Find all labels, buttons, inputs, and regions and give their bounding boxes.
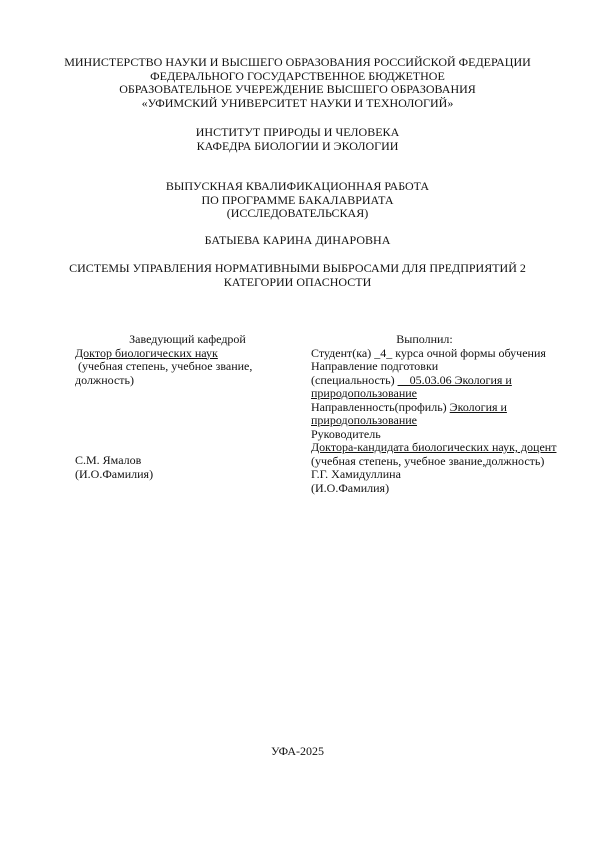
direction-line: (специальность) __05.03.06 Экология и [311,374,591,388]
direction-value-cont: природопользование [311,387,591,401]
student-course: Студент(ка) _4_ курса очной формы обучен… [311,347,591,361]
institute-header: ИНСТИТУТ ПРИРОДЫ И ЧЕЛОВЕКА КАФЕДРА БИОЛ… [0,126,595,153]
head-of-department-heading: Заведующий кафедрой [75,333,300,347]
supervisor-degree-hint: (учебная степень, учебное звание,должнос… [311,455,591,469]
thesis-type-line: ПО ПРОГРАММЕ БАКАЛАВРИАТА [0,194,595,208]
city-year: УФА-2025 [0,745,595,759]
thesis-type: ВЫПУСКНАЯ КВАЛИФИКАЦИОННАЯ РАБОТА ПО ПРО… [0,180,595,221]
student-name: БАТЫЕВА КАРИНА ДИНАРОВНА [0,234,595,248]
ministry-line: ФЕДЕРАЛЬНОГО ГОСУДАРСТВЕННОЕ БЮДЖЕТНОЕ [0,70,595,84]
direction-value: __05.03.06 Экология и [398,373,512,387]
thesis-title-line: СИСТЕМЫ УПРАВЛЕНИЯ НОРМАТИВНЫМИ ВЫБРОСАМ… [0,262,595,276]
head-degree-hint: (учебная степень, учебное звание, [75,360,300,374]
profile-value: Экология и [450,400,507,414]
thesis-type-line: (ИССЛЕДОВАТЕЛЬСКАЯ) [0,207,595,221]
direction-label: Направление подготовки [311,360,591,374]
supervisor-label: Руководитель [311,428,591,442]
profile-label: Направленность(профиль) [311,400,450,414]
profile-value-cont: природопользование [311,414,591,428]
head-degree-hint: должность) [75,374,300,388]
student-block: Выполнил: Студент(ка) _4_ курса очной фо… [311,333,591,495]
head-of-department-block: Заведующий кафедрой Доктор биологических… [75,333,300,481]
performed-by-heading: Выполнил: [311,333,538,347]
head-name-hint: (И.О.Фамилия) [75,468,300,482]
supervisor-name-hint: (И.О.Фамилия) [311,482,591,496]
title-page: МИНИСТЕРСТВО НАУКИ И ВЫСШЕГО ОБРАЗОВАНИЯ… [0,0,595,841]
head-name: С.М. Ямалов [75,454,300,468]
spacer [75,387,300,454]
department-name: КАФЕДРА БИОЛОГИИ И ЭКОЛОГИИ [0,140,595,154]
institute-name: ИНСТИТУТ ПРИРОДЫ И ЧЕЛОВЕКА [0,126,595,140]
student-name-text: БАТЫЕВА КАРИНА ДИНАРОВНА [0,234,595,248]
ministry-line: МИНИСТЕРСТВО НАУКИ И ВЫСШЕГО ОБРАЗОВАНИЯ… [0,56,595,70]
ministry-header: МИНИСТЕРСТВО НАУКИ И ВЫСШЕГО ОБРАЗОВАНИЯ… [0,56,595,110]
supervisor-degree: Доктора-кандидата биологических наук, до… [311,441,591,455]
direction-label-2: (специальность) [311,373,398,387]
university-name: «УФИМСКИЙ УНИВЕРСИТЕТ НАУКИ И ТЕХНОЛОГИЙ… [0,97,595,111]
head-degree: Доктор биологических наук [75,347,300,361]
thesis-title-line: КАТЕГОРИИ ОПАСНОСТИ [0,276,595,290]
ministry-line: ОБРАЗОВАТЕЛЬНОЕ УЧЕРЕЖДЕНИЕ ВЫСШЕГО ОБРА… [0,83,595,97]
thesis-type-line: ВЫПУСКНАЯ КВАЛИФИКАЦИОННАЯ РАБОТА [0,180,595,194]
profile-line: Направленность(профиль) Экология и [311,401,591,415]
thesis-title: СИСТЕМЫ УПРАВЛЕНИЯ НОРМАТИВНЫМИ ВЫБРОСАМ… [0,262,595,289]
city-year-text: УФА-2025 [0,745,595,759]
supervisor-name: Г.Г. Хамидуллина [311,468,591,482]
